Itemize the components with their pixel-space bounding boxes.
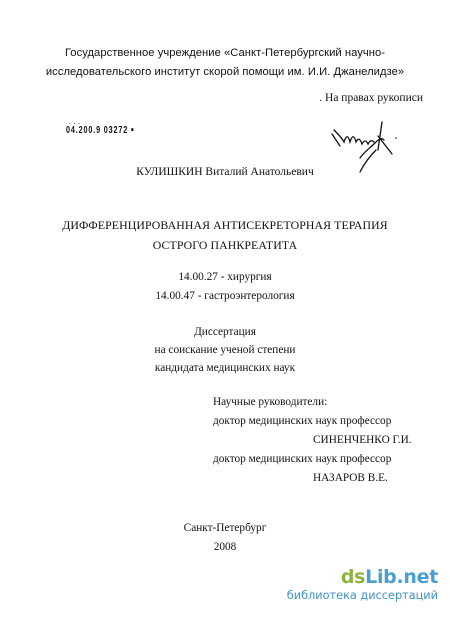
year: 2008	[0, 541, 450, 553]
supervisor-2-title: доктор медицинских наук профессор	[213, 453, 391, 465]
dissertation-label: Диссертация	[0, 326, 450, 338]
registration-number: 04.200.9 03272 ■	[66, 125, 134, 136]
supervisors-heading: Научные руководители:	[213, 396, 327, 408]
degree-line-1: на соискание ученой степени	[0, 344, 450, 356]
dslib-logo: dsLib.net	[341, 566, 438, 588]
manuscript-rights-label: . На правах рукописи	[319, 92, 423, 104]
dissertation-title-line-1: ДИФФЕРЕНЦИРОВАННАЯ АНТИСЕКРЕТОРНАЯ ТЕРАП…	[0, 218, 450, 233]
dslib-subtitle: библиотека диссертаций	[287, 589, 438, 602]
institution-line-2: исследовательского институт скорой помощ…	[0, 66, 450, 78]
supervisor-2-name: НАЗАРОВ В.Е.	[313, 472, 388, 484]
dslib-logo-lib: Lib.net	[365, 566, 438, 588]
dslib-logo-ds: ds	[341, 566, 365, 588]
author-name: КУЛИШКИН Виталий Анатольевич	[0, 166, 450, 178]
degree-line-2: кандидата медицинских наук	[0, 362, 450, 374]
specialty-surgery: 14.00.27 - хирургия	[0, 271, 450, 283]
specialty-gastroenterology: 14.00.47 - гастроэнтерология	[0, 290, 450, 302]
supervisor-1-title: доктор медицинских наук профессор	[213, 415, 391, 427]
city: Санкт-Петербург	[0, 522, 450, 534]
supervisor-1-name: СИНЕНЧЕНКО Г.И.	[313, 434, 412, 446]
dissertation-title-line-2: ОСТРОГО ПАНКРЕАТИТА	[0, 238, 450, 253]
institution-line-1: Государственное учреждение «Санкт-Петерб…	[0, 47, 450, 59]
